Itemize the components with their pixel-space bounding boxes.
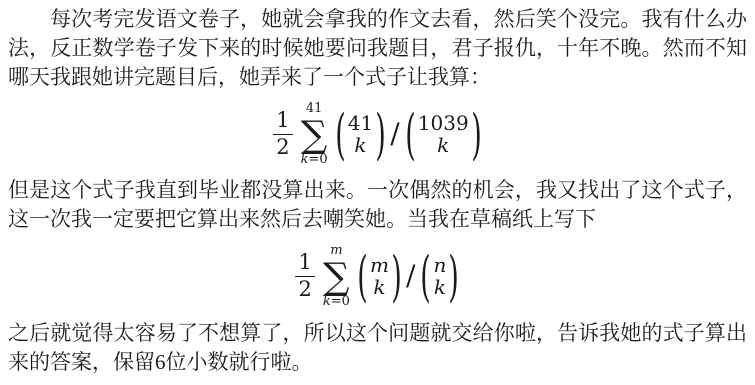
- formula-2: 1 2 m ∑ k=0 ( m k ) / ( n k ): [8, 243, 747, 309]
- binomial-top: m: [370, 254, 389, 276]
- formula-1: 1 2 41 ∑ k=0 ( 41 k ) / ( 1039 k ): [8, 101, 747, 167]
- binomial-bottom: k: [373, 276, 385, 298]
- fraction-denominator: 2: [298, 277, 311, 302]
- binomial-bottom: k: [434, 276, 446, 298]
- sum-lower-limit: k=0: [301, 152, 328, 168]
- sum-lower-bound: =0: [308, 152, 327, 167]
- binomial-bottom: k: [437, 134, 449, 156]
- sum-index-variable: k: [323, 294, 331, 309]
- open-paren: (: [335, 109, 346, 160]
- binomial-bottom: k: [354, 134, 366, 156]
- binomial-top: n: [434, 254, 447, 276]
- paragraph-1: 每次考完发语文卷子，她就会拿我的作文去看，然后笑个没完。我有什么办法，反正数学卷…: [8, 5, 747, 92]
- open-paren: (: [405, 109, 416, 160]
- close-paren: ): [375, 109, 386, 160]
- close-paren: ): [449, 251, 460, 302]
- sum-lower-limit: k=0: [323, 294, 350, 310]
- fraction-numerator: 1: [295, 251, 314, 277]
- close-paren: ): [391, 251, 402, 302]
- fraction-numerator: 1: [273, 109, 292, 135]
- open-paren: (: [421, 251, 432, 302]
- paragraph-3: 之后就觉得太容易了不想算了，所以这个问题就交给你啦，告诉我她的式子算出来的答案，…: [8, 319, 747, 377]
- binomial-top: 1039: [418, 112, 469, 134]
- open-paren: (: [357, 251, 368, 302]
- divide-slash: /: [406, 262, 415, 290]
- sigma-icon: ∑: [301, 117, 327, 152]
- summation-operator: 41 ∑ k=0: [301, 101, 328, 167]
- binomial-top: 41: [348, 112, 373, 134]
- summation-operator: m ∑ k=0: [323, 243, 350, 309]
- fraction-one-half: 1 2: [295, 251, 314, 301]
- sum-lower-bound: =0: [331, 294, 350, 309]
- fraction-one-half: 1 2: [273, 109, 292, 159]
- paragraph-2: 但是这个式子我直到毕业都没算出来。一次偶然的机会，我又找出了这个式子，这一次我一…: [8, 176, 747, 234]
- close-paren: ): [471, 109, 482, 160]
- binomial-n-k: ( n k ): [420, 251, 459, 302]
- binomial-m-k: ( m k ): [357, 251, 402, 302]
- fraction-denominator: 2: [276, 135, 289, 160]
- binomial-41-k: ( 41 k ): [335, 109, 387, 160]
- document-page: 每次考完发语文卷子，她就会拿我的作文去看，然后笑个没完。我有什么办法，反正数学卷…: [0, 0, 755, 385]
- binomial-1039-k: ( 1039 k ): [405, 109, 482, 160]
- sigma-icon: ∑: [323, 259, 349, 294]
- divide-slash: /: [390, 120, 399, 148]
